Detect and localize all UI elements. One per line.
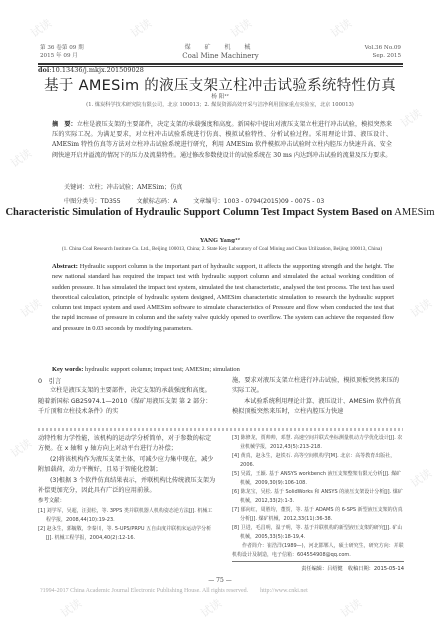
reference-item: [3] 陈修龙，贾帅帅，邓慧. 高速空间并联式坐标测量机动力学优化设计[J]. … (232, 434, 404, 452)
watermark-text: 试读 (17, 295, 44, 321)
copyright-text: ?1994-2017 China Academic Journal Electr… (40, 588, 248, 594)
abstract-cn-text: 立柱是液压支架的主要部件，决定支架的承载强度和高度。新国标中提出对液压支架立柱进… (52, 121, 392, 159)
reference-item: [6] 陈龙宝，吴松. 基于 SolidWorks 和 ANSYS 的液压支架设… (232, 488, 404, 506)
watermark-text: 试读 (27, 15, 54, 41)
watermark-text: 试读 (197, 595, 224, 620)
title-en-suffix: AMESim (392, 207, 434, 218)
abstract-cn-label: 摘 要： (52, 121, 77, 128)
keywords-cn-label: 关键词： (64, 184, 88, 191)
affiliation-cn: (1. 煤炭科学技术研究院有限公司，北京 100013；2. 煤炭资源高效开采与… (55, 101, 385, 109)
intro-paragraph-left: 立柱是液压支架的主要部件，决定支架的承载强度和高度。随着新国标 GB25974.… (38, 386, 216, 417)
wavy-separator (38, 428, 403, 431)
keywords-cn-text: 立柱；冲击试验；AMESim；仿真 (88, 184, 182, 191)
watermark-text: 试读 (227, 15, 254, 41)
journal-header: 第 36 卷第 09 期 2015 年 09 月 煤 矿 机 械 Coal Mi… (38, 44, 403, 64)
intro-left-column: 0 引言 立柱是液压支架的主要部件，决定支架的承载强度和高度。随着新国标 GB2… (38, 376, 216, 418)
reference-item: [2] 赵永生，郭毓敬，李秦川，等. 5-UPS/PRPU 五自由度并联机床运动… (38, 525, 216, 543)
keywords-en-text: hydraulic support column; impact test; A… (83, 366, 239, 373)
keywords-cn: 关键词：立柱；冲击试验；AMESim；仿真 (64, 182, 182, 191)
document-code: 文献标志码：A (137, 198, 178, 205)
prev-paragraph-3: (3)根据 3 个软件仿真结果表示，并联机构比传统液压支架为补偿更加充分，因此具… (38, 476, 216, 497)
prev-article-right-column: [3] 陈修龙，贾帅帅，邓慧. 高速空间并联式坐标测量机动力学优化设计[J]. … (232, 434, 404, 574)
abstract-en-label: Abstract: (52, 263, 78, 270)
watermark-text: 试读 (397, 105, 424, 131)
author-bio: 作者简介：崔浩洋(1989—)，河北邯郸人，硕士研究生，研究方向：并联机构设计及… (232, 542, 404, 560)
watermark-text: 试读 (407, 295, 434, 321)
prev-paragraph-2: (2)将该机构作为液压支架主体，可减少应力集中现在，减少附加载荷，动力平衡好，且… (38, 455, 216, 476)
keywords-en-label: Key words: (52, 366, 83, 373)
classification-line: 中图分类号：TD355 文献标志码：A 文章编号：1003 - 0794(201… (64, 196, 394, 205)
header-rule-thick (38, 63, 403, 65)
clc-number: 中图分类号：TD355 (64, 198, 121, 205)
watermark-text: 试读 (7, 435, 34, 461)
watermark-text: 试读 (127, 15, 154, 41)
abstract-en: Abstract: Hydraulic support column is th… (52, 262, 394, 334)
date-en: Sep. 2015 (365, 52, 401, 60)
affiliation-en: (1. China Coal Research Institute Co. Lt… (52, 245, 392, 254)
intro-right-column: 施，要求对液压支架立柱进行冲击试验，模拟顶板突然来压的实际工况。 本试验系统利用… (232, 376, 404, 418)
watermark-text: 试读 (337, 595, 364, 620)
footer-url[interactable]: http://www.cnki.net (260, 588, 308, 594)
watermark-text: 试读 (407, 465, 434, 491)
intro-paragraph-right-1: 施，要求对液压支架立柱进行冲击试验，模拟顶板突然来压的实际工况。 (232, 376, 404, 397)
prev-article-left-column: 动特性和力学性能，该机构的运动学分析简单，对于参数的标定方便。在 x 轴和 y … (38, 434, 216, 543)
section-heading-intro: 0 引言 (38, 376, 216, 386)
abstract-en-text: Hydraulic support column is the importan… (52, 263, 394, 332)
author-en: YANG Yang¹² (0, 238, 440, 244)
doi-value: :10.13436/j.mkjx.201509028 (49, 66, 144, 74)
reference-item: [4] 黄真，赵永生，赵铁石. 高等空间机构学[M]. 北京：高等教育出版社，2… (232, 452, 404, 470)
header-right: Vol.36 No.09 Sep. 2015 (365, 44, 401, 60)
journal-name-cn: 煤 矿 机 械 (38, 44, 403, 52)
reference-item: [7] 郁向红，周胜均，董贺，等. 基于 ADAMS 的 6-SPS 新型液压支… (232, 506, 404, 524)
prev-paragraph-1: 动特性和力学性能，该机构的运动学分析简单，对于参数的标定方便。在 x 轴和 y … (38, 434, 216, 455)
author-cn: 杨 阳¹² (0, 92, 440, 100)
watermark-text: 试读 (327, 15, 354, 41)
journal-name-en: Coal Mine Machinery (38, 52, 403, 60)
title-en: Characteristic Simulation of Hydraulic S… (0, 206, 440, 220)
copyright-footer: ?1994-2017 China Academic Journal Electr… (40, 588, 308, 594)
abstract-cn: 摘 要：立柱是液压支架的主要部件，决定支架的承载强度和高度。新国标中提出对液压支… (52, 120, 392, 161)
watermark-text: 试读 (57, 595, 84, 620)
paper-page: 试读 试读 试读 试读 试读 试读 试读 试读 试读 试读 试读 试读 试读 第… (0, 0, 440, 620)
page-number: — 75 — (0, 577, 440, 584)
volume-en: Vol.36 No.09 (365, 44, 401, 52)
article-number: 文章编号：1003 - 0794(2015)09 - 0075 - 03 (193, 198, 324, 205)
reference-item: [8] 卫进，毛昌明，温子明，等. 基于并联机构的新型液压支架的研究[J]. 矿… (232, 524, 404, 542)
doi-label: doi (38, 66, 49, 74)
references-heading: 参考文献： (38, 496, 216, 506)
editor-and-received-date: 责任编辑：吕绍健 收稿日期：2015-05-14 (232, 564, 404, 574)
intro-paragraph-right-2: 本试验系统利用理论计算、液压设计、AMESim 软件仿真模拟顶板突然来压时，立柱… (232, 397, 404, 418)
watermark-text: 试读 (7, 145, 34, 171)
reference-item: [1] 刘学军，吴超，汪劲松，等. 3PPS 类并联机器人机构姿态逆方法[J].… (38, 507, 216, 525)
reference-item: [5] 吴霞，王颖. 基于 ANSYS workbench 液压支架整架有限元分… (232, 470, 404, 488)
doi: doi:10.13436/j.mkjx.201509028 (38, 66, 144, 74)
keywords-en: Key words: hydraulic support column; imp… (52, 366, 240, 373)
title-en-main: Characteristic Simulation of Hydraulic S… (5, 207, 392, 218)
header-center: 煤 矿 机 械 Coal Mine Machinery (38, 44, 403, 60)
bio-divider (232, 561, 404, 562)
